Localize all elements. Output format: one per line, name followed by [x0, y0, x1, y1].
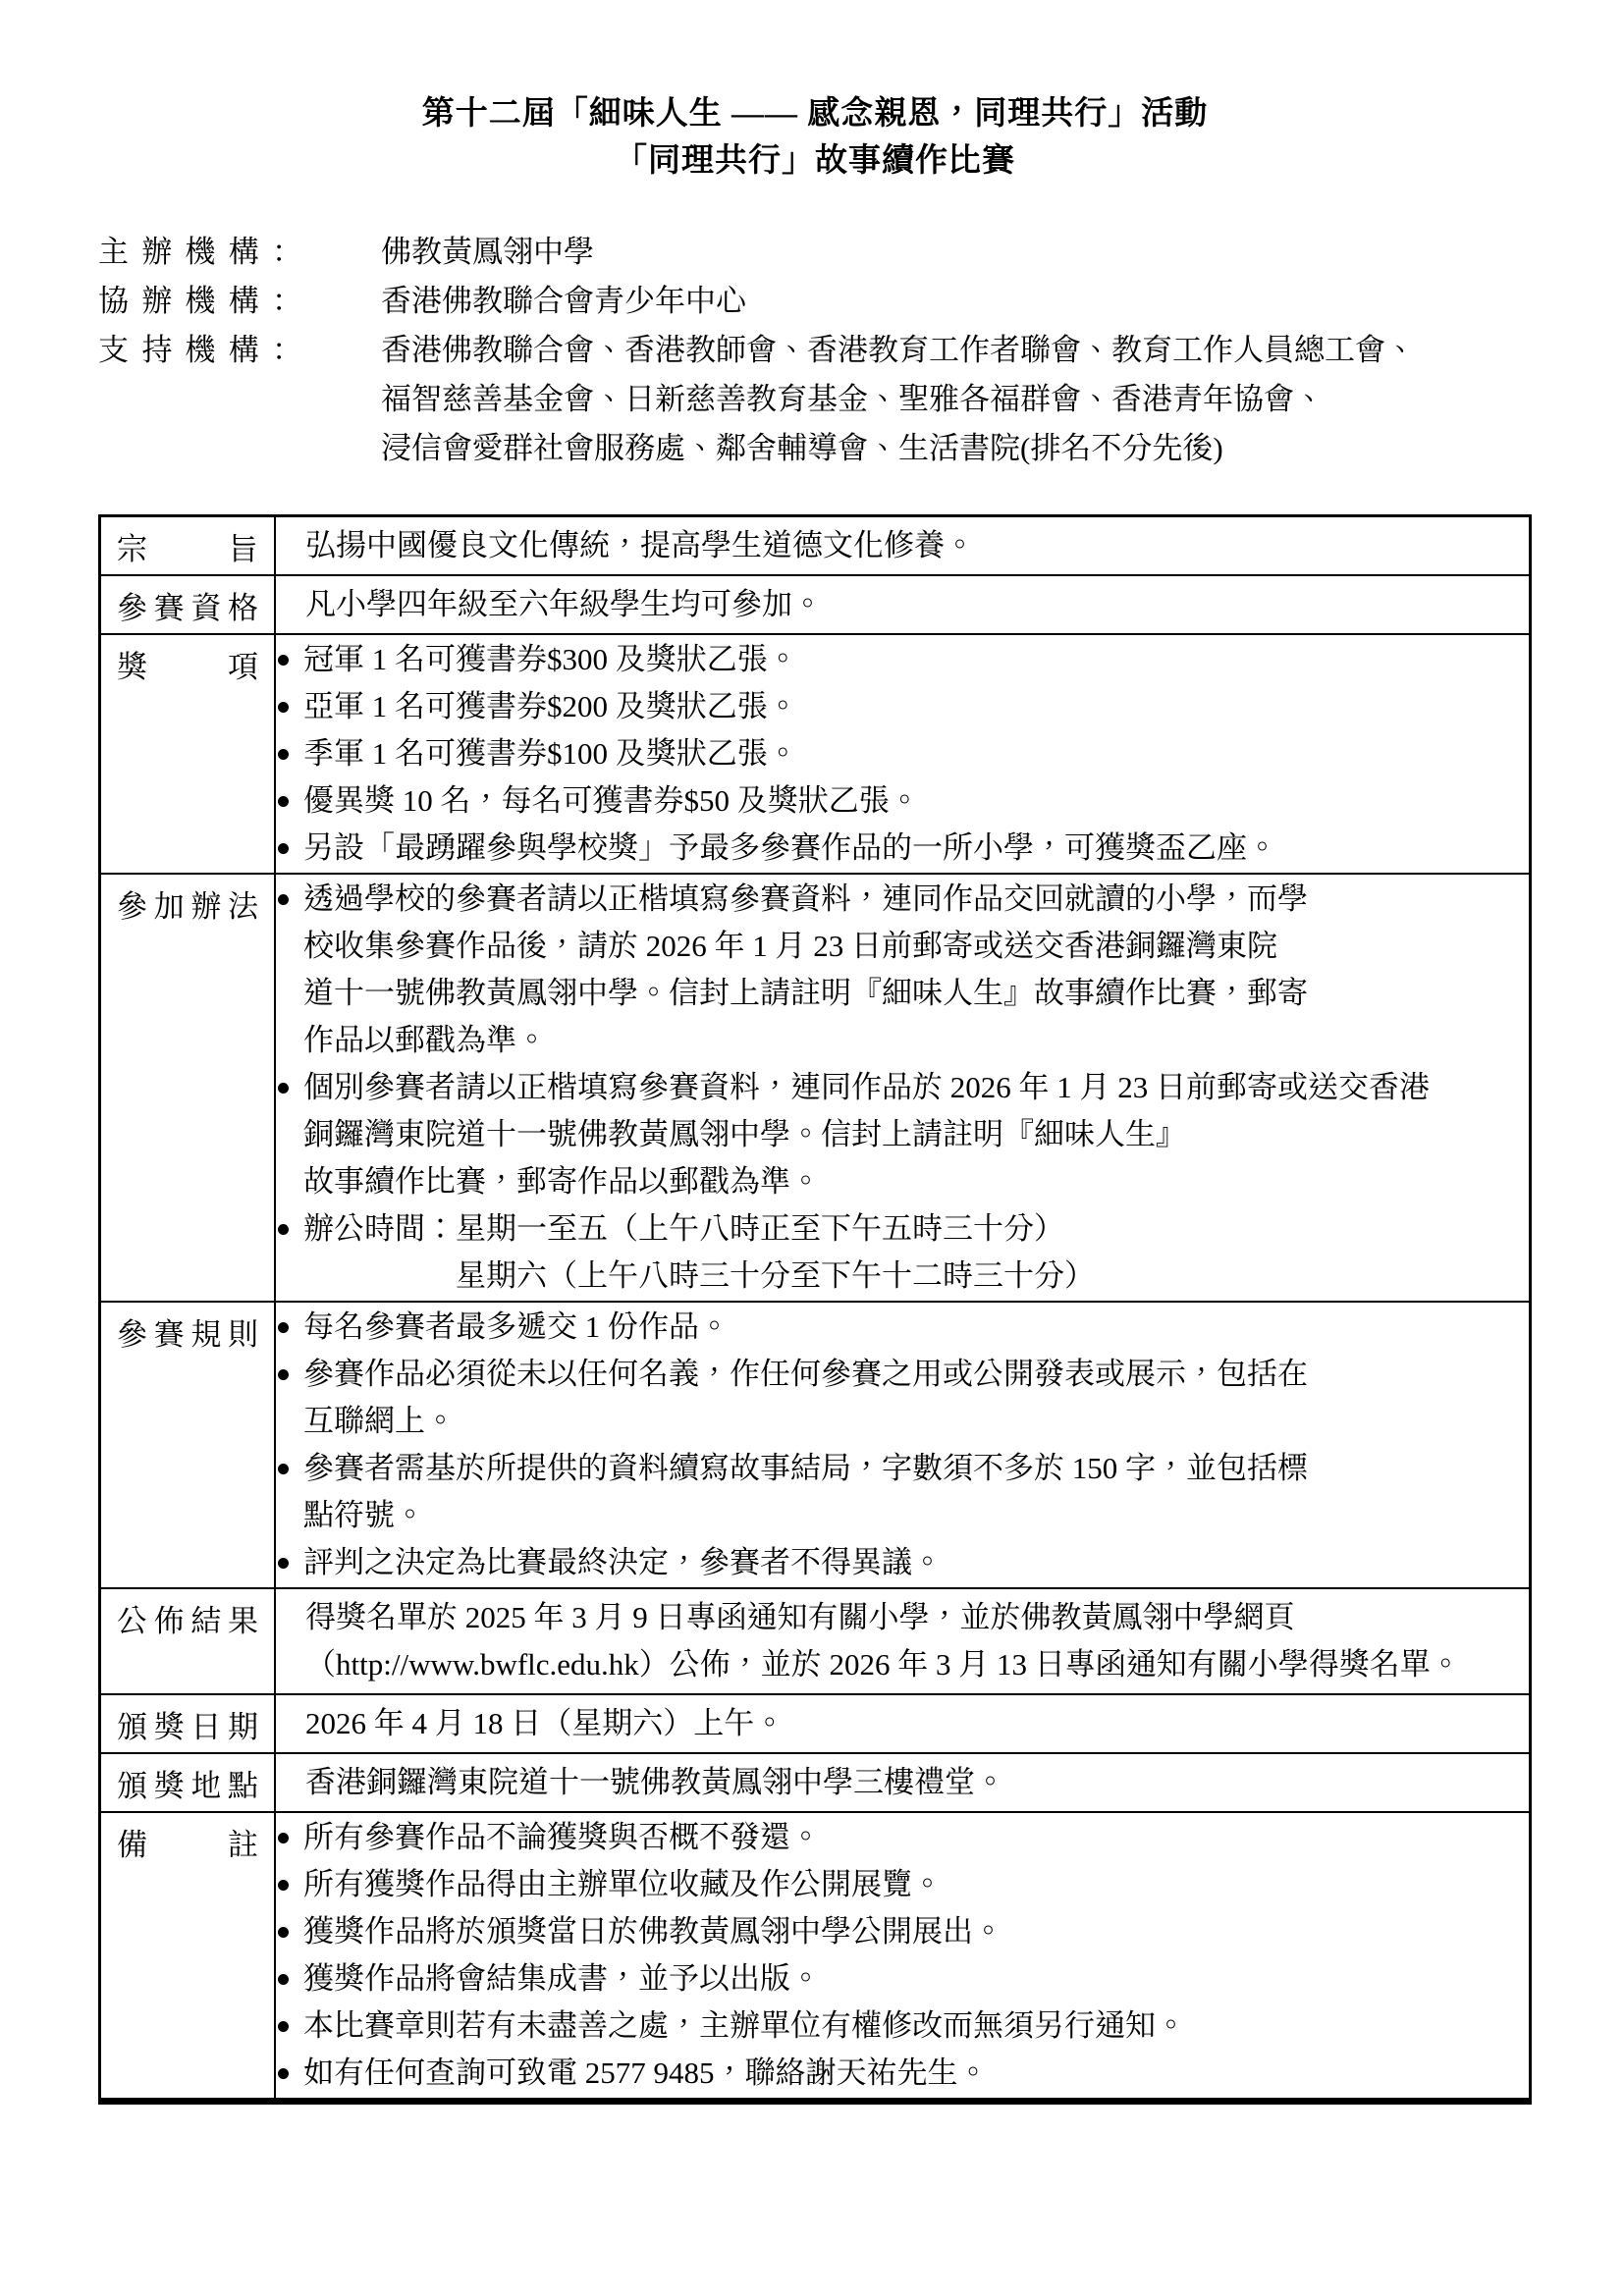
- label-char: 果: [228, 1598, 258, 1645]
- bullet-text: 個別參賽者請以正楷填寫參賽資料，連同作品於 2026 年 1 月 23 日前郵寄…: [303, 1064, 1529, 1205]
- bullet-icon: [278, 796, 289, 807]
- row-label-prizes: 獎項: [101, 635, 276, 873]
- organizer-label-supporters: 支持機構：: [98, 326, 302, 375]
- row-content-award-venue: 香港銅鑼灣東院道十一號佛教黃鳳翎中學三樓禮堂。: [276, 1754, 1529, 1811]
- row-label-text: 參賽規則: [117, 1311, 258, 1359]
- label-char: 機: [186, 326, 216, 375]
- bullet-text: 所有獲獎作品得由主辦單位收藏及作公開展覽。: [303, 1861, 1529, 1908]
- bullet-text: 每名參賽者最多遞交 1 份作品。: [303, 1304, 1529, 1351]
- list-item: 另設「最踴躍參與學校獎」予最多參賽作品的一所小學，可獲獎盃乙座。: [276, 825, 1529, 872]
- row-label-text: 備註: [117, 1822, 258, 1869]
- bullet-icon: [278, 1083, 289, 1094]
- title-line-1: 第十二屆「細味人生 —— 感念親恩，同理共行」活動: [98, 90, 1532, 137]
- row-content-remarks: 所有參賽作品不論獲獎與否概不發還。 所有獲獎作品得由主辦單位收藏及作公開展覽。 …: [276, 1813, 1529, 2098]
- organizer-label-host: 主辦機構：: [98, 228, 302, 277]
- organizer-label-coorganizer: 協辦機構：: [98, 277, 302, 326]
- organizer-row-host: 主辦機構： 佛教黃鳳翎中學: [98, 228, 1532, 277]
- bullet-icon: [278, 1558, 289, 1569]
- label-char: 地: [190, 1763, 221, 1810]
- bullet-icon: [278, 2021, 289, 2032]
- organizer-value-host: 佛教黃鳳翎中學: [381, 228, 594, 277]
- label-char: 機: [186, 228, 216, 277]
- label-char: 結: [190, 1598, 221, 1645]
- bullet-text: 冠軍 1 名可獲書券$300 及獎狀乙張。: [303, 636, 1529, 683]
- row-content-how-to-enter: 透過學校的參賽者請以正楷填寫參賽資料，連同作品交回就讀的小學，而學 校收集參賽作…: [276, 875, 1529, 1301]
- label-char: 加: [154, 883, 185, 931]
- bullet-text: 如有任何查詢可致電 2577 9485，聯絡謝天祐先生。: [303, 2050, 1529, 2097]
- row-text: 弘揚中國優良文化傳統，提高學生道德文化修養。: [305, 522, 1507, 569]
- table-row-eligibility: 參賽資格 凡小學四年級至六年級學生均可參加。: [101, 574, 1529, 633]
- label-char: 持: [141, 326, 172, 375]
- label-char: 備: [117, 1822, 147, 1869]
- label-char: 項: [228, 644, 258, 691]
- label-char: 資: [190, 585, 221, 632]
- label-char: ：: [272, 228, 302, 277]
- label-char: 旨: [228, 526, 258, 573]
- bullet-text: 評判之決定為比賽最終決定，參賽者不得異議。: [303, 1539, 1529, 1586]
- row-content-results-announcement: 得獎名單於 2025 年 3 月 9 日專函通知有關小學，並於佛教黃鳳翎中學網頁…: [276, 1589, 1529, 1693]
- list-item: 獲獎作品將會結集成書，並予以出版。: [276, 1955, 1529, 2002]
- list-item: 冠軍 1 名可獲書券$300 及獎狀乙張。: [276, 636, 1529, 683]
- label-char: 期: [228, 1704, 258, 1751]
- bullet-icon: [278, 894, 289, 905]
- bullet-icon: [278, 702, 289, 713]
- row-label-text: 頒獎地點: [117, 1763, 258, 1810]
- bullet-icon: [278, 1974, 289, 1985]
- row-label-purpose: 宗旨: [101, 517, 276, 574]
- label-char: 註: [228, 1822, 258, 1869]
- bullet-icon: [278, 749, 289, 760]
- row-text: 2026 年 4 月 18 日（星期六）上午。: [305, 1700, 1507, 1747]
- label-char: 日: [190, 1704, 221, 1751]
- list-item: 參賽者需基於所提供的資料續寫故事結局，字數須不多於 150 字，並包括標 點符號…: [276, 1445, 1529, 1539]
- label-char: 獎: [117, 644, 147, 691]
- label-char: 頒: [117, 1704, 147, 1751]
- list-item: 透過學校的參賽者請以正楷填寫參賽資料，連同作品交回就讀的小學，而學 校收集參賽作…: [276, 876, 1529, 1064]
- label-char: 支: [98, 326, 129, 375]
- list-item: 本比賽章則若有未盡善之處，主辦單位有權修改而無須另行通知。: [276, 2002, 1529, 2050]
- list-item: 如有任何查詢可致電 2577 9485，聯絡謝天祐先生。: [276, 2050, 1529, 2097]
- bullet-text: 優異獎 10 名，每名可獲書券$50 及獎狀乙張。: [303, 777, 1529, 825]
- bullet-icon: [278, 1369, 289, 1380]
- label-char: 賽: [154, 585, 185, 632]
- bullet-text: 透過學校的參賽者請以正楷填寫參賽資料，連同作品交回就讀的小學，而學 校收集參賽作…: [303, 876, 1529, 1064]
- list-item: 亞軍 1 名可獲書券$200 及獎狀乙張。: [276, 683, 1529, 730]
- bullet-icon: [278, 1464, 289, 1474]
- document-title: 第十二屆「細味人生 —— 感念親恩，同理共行」活動 「同理共行」故事續作比賽: [98, 90, 1532, 185]
- table-row-results-announcement: 公佈結果 得獎名單於 2025 年 3 月 9 日專函通知有關小學，並於佛教黃鳳…: [101, 1587, 1529, 1693]
- row-text: 香港銅鑼灣東院道十一號佛教黃鳳翎中學三樓禮堂。: [305, 1759, 1507, 1806]
- bullet-text: 參賽作品必須從未以任何名義，作任何參賽之用或公開發表或展示，包括在 互聯網上。: [303, 1351, 1529, 1445]
- row-label-results-announcement: 公佈結果: [101, 1589, 276, 1693]
- table-row-how-to-enter: 參加辦法 透過學校的參賽者請以正楷填寫參賽資料，連同作品交回就讀的小學，而學 校…: [101, 873, 1529, 1301]
- list-item: 評判之決定為比賽最終決定，參賽者不得異議。: [276, 1539, 1529, 1586]
- row-label-text: 宗旨: [117, 526, 258, 573]
- contest-details-table: 宗旨 弘揚中國優良文化傳統，提高學生道德文化修養。 參賽資格 凡小學四年級至六年…: [98, 514, 1532, 2105]
- row-label-text: 公佈結果: [117, 1598, 258, 1645]
- organizer-row-coorganizer: 協辦機構： 香港佛教聯合會青少年中心: [98, 277, 1532, 326]
- row-label-how-to-enter: 參加辦法: [101, 875, 276, 1301]
- bullet-text: 亞軍 1 名可獲書券$200 及獎狀乙張。: [303, 683, 1529, 730]
- label-char: 機: [186, 277, 216, 326]
- bullet-text: 本比賽章則若有未盡善之處，主辦單位有權修改而無須另行通知。: [303, 2002, 1529, 2050]
- list-item: 所有參賽作品不論獲獎與否概不發還。: [276, 1814, 1529, 1861]
- label-char: 協: [98, 277, 129, 326]
- list-item: 參賽作品必須從未以任何名義，作任何參賽之用或公開發表或展示，包括在 互聯網上。: [276, 1351, 1529, 1445]
- bullet-icon: [278, 1927, 289, 1938]
- label-char: 辦: [141, 228, 172, 277]
- label-char: 辦: [141, 277, 172, 326]
- label-char: 參: [117, 585, 147, 632]
- list-item: 優異獎 10 名，每名可獲書券$50 及獎狀乙張。: [276, 777, 1529, 825]
- bullet-icon: [278, 2068, 289, 2079]
- label-char: 規: [190, 1311, 221, 1359]
- organizer-row-supporters: 支持機構： 香港佛教聯合會、香港教師會、香港教育工作者聯會、教育工作人員總工會、…: [98, 326, 1532, 473]
- bullet-text: 獲獎作品將會結集成書，並予以出版。: [303, 1955, 1529, 2002]
- bullet-icon: [278, 655, 289, 666]
- organizer-value-coorganizer: 香港佛教聯合會青少年中心: [381, 277, 746, 326]
- list-item: 個別參賽者請以正楷填寫參賽資料，連同作品於 2026 年 1 月 23 日前郵寄…: [276, 1064, 1529, 1205]
- row-label-text: 參賽資格: [117, 585, 258, 632]
- row-label-text: 獎項: [117, 644, 258, 691]
- row-label-text: 頒獎日期: [117, 1704, 258, 1751]
- row-text: 凡小學四年級至六年級學生均可參加。: [305, 581, 1507, 628]
- row-content-award-date: 2026 年 4 月 18 日（星期六）上午。: [276, 1695, 1529, 1752]
- table-row-award-date: 頒獎日期 2026 年 4 月 18 日（星期六）上午。: [101, 1693, 1529, 1752]
- row-label-award-venue: 頒獎地點: [101, 1754, 276, 1811]
- bullet-text: 季軍 1 名可獲書券$100 及獎狀乙張。: [303, 730, 1529, 777]
- row-label-rules: 參賽規則: [101, 1303, 276, 1587]
- bullet-icon: [278, 1880, 289, 1891]
- row-label-remarks: 備註: [101, 1813, 276, 2098]
- title-line-2: 「同理共行」故事續作比賽: [98, 137, 1532, 185]
- table-row-prizes: 獎項 冠軍 1 名可獲書券$300 及獎狀乙張。 亞軍 1 名可獲書券$200 …: [101, 633, 1529, 873]
- label-char: 公: [117, 1598, 147, 1645]
- row-content-purpose: 弘揚中國優良文化傳統，提高學生道德文化修養。: [276, 517, 1529, 574]
- label-char: 頒: [117, 1763, 147, 1810]
- label-char: 獎: [154, 1704, 185, 1751]
- label-char: 參: [117, 883, 147, 931]
- label-char: 構: [229, 326, 259, 375]
- bullet-text: 辦公時間：星期一至五（上午八時正至下午五時三十分） 星期六（上午八時三十分至下午…: [303, 1205, 1529, 1300]
- bullet-icon: [278, 1833, 289, 1843]
- list-item: 辦公時間：星期一至五（上午八時正至下午五時三十分） 星期六（上午八時三十分至下午…: [276, 1205, 1529, 1300]
- label-char: 法: [228, 883, 258, 931]
- label-char: 構: [229, 228, 259, 277]
- table-row-rules: 參賽規則 每名參賽者最多遞交 1 份作品。 參賽作品必須從未以任何名義，作任何參…: [101, 1301, 1529, 1587]
- row-label-award-date: 頒獎日期: [101, 1695, 276, 1752]
- row-label-text: 參加辦法: [117, 883, 258, 931]
- bullet-icon: [278, 1224, 289, 1235]
- bullet-text: 參賽者需基於所提供的資料續寫故事結局，字數須不多於 150 字，並包括標 點符號…: [303, 1445, 1529, 1539]
- row-content-prizes: 冠軍 1 名可獲書券$300 及獎狀乙張。 亞軍 1 名可獲書券$200 及獎狀…: [276, 635, 1529, 873]
- label-char: 獎: [154, 1763, 185, 1810]
- label-char: 宗: [117, 526, 147, 573]
- bullet-text: 另設「最踴躍參與學校獎」予最多參賽作品的一所小學，可獲獎盃乙座。: [303, 825, 1529, 872]
- label-char: 主: [98, 228, 129, 277]
- label-char: 點: [228, 1763, 258, 1810]
- label-char: 格: [228, 585, 258, 632]
- row-content-eligibility: 凡小學四年級至六年級學生均可參加。: [276, 576, 1529, 633]
- organizer-section: 主辦機構： 佛教黃鳳翎中學 協辦機構： 香港佛教聯合會青少年中心 支持機構： 香…: [98, 228, 1532, 473]
- bullet-text: 所有參賽作品不論獲獎與否概不發還。: [303, 1814, 1529, 1861]
- label-char: ：: [272, 277, 302, 326]
- row-text: 得獎名單於 2025 年 3 月 9 日專函通知有關小學，並於佛教黃鳳翎中學網頁…: [305, 1594, 1507, 1688]
- label-char: 則: [228, 1311, 258, 1359]
- row-label-eligibility: 參賽資格: [101, 576, 276, 633]
- table-row-purpose: 宗旨 弘揚中國優良文化傳統，提高學生道德文化修養。: [101, 517, 1529, 574]
- label-char: ：: [272, 326, 302, 375]
- label-char: 構: [229, 277, 259, 326]
- label-char: 辦: [190, 883, 221, 931]
- list-item: 季軍 1 名可獲書券$100 及獎狀乙張。: [276, 730, 1529, 777]
- table-row-award-venue: 頒獎地點 香港銅鑼灣東院道十一號佛教黃鳳翎中學三樓禮堂。: [101, 1752, 1529, 1811]
- document-page: 第十二屆「細味人生 —— 感念親恩，同理共行」活動 「同理共行」故事續作比賽 主…: [0, 0, 1624, 2296]
- list-item: 每名參賽者最多遞交 1 份作品。: [276, 1304, 1529, 1351]
- bullet-icon: [278, 1322, 289, 1333]
- bullet-text: 獲獎作品將於頒獎當日於佛教黃鳳翎中學公開展出。: [303, 1908, 1529, 1955]
- table-row-remarks: 備註 所有參賽作品不論獲獎與否概不發還。 所有獲獎作品得由主辦單位收藏及作公開展…: [101, 1811, 1529, 2098]
- list-item: 獲獎作品將於頒獎當日於佛教黃鳳翎中學公開展出。: [276, 1908, 1529, 1955]
- organizer-value-supporters: 香港佛教聯合會、香港教師會、香港教育工作者聯會、教育工作人員總工會、 福智慈善基…: [381, 326, 1416, 473]
- row-content-rules: 每名參賽者最多遞交 1 份作品。 參賽作品必須從未以任何名義，作任何參賽之用或公…: [276, 1303, 1529, 1587]
- label-char: 參: [117, 1311, 147, 1359]
- list-item: 所有獲獎作品得由主辦單位收藏及作公開展覽。: [276, 1861, 1529, 1908]
- label-char: 賽: [154, 1311, 185, 1359]
- label-char: 佈: [154, 1598, 185, 1645]
- bullet-icon: [278, 843, 289, 854]
